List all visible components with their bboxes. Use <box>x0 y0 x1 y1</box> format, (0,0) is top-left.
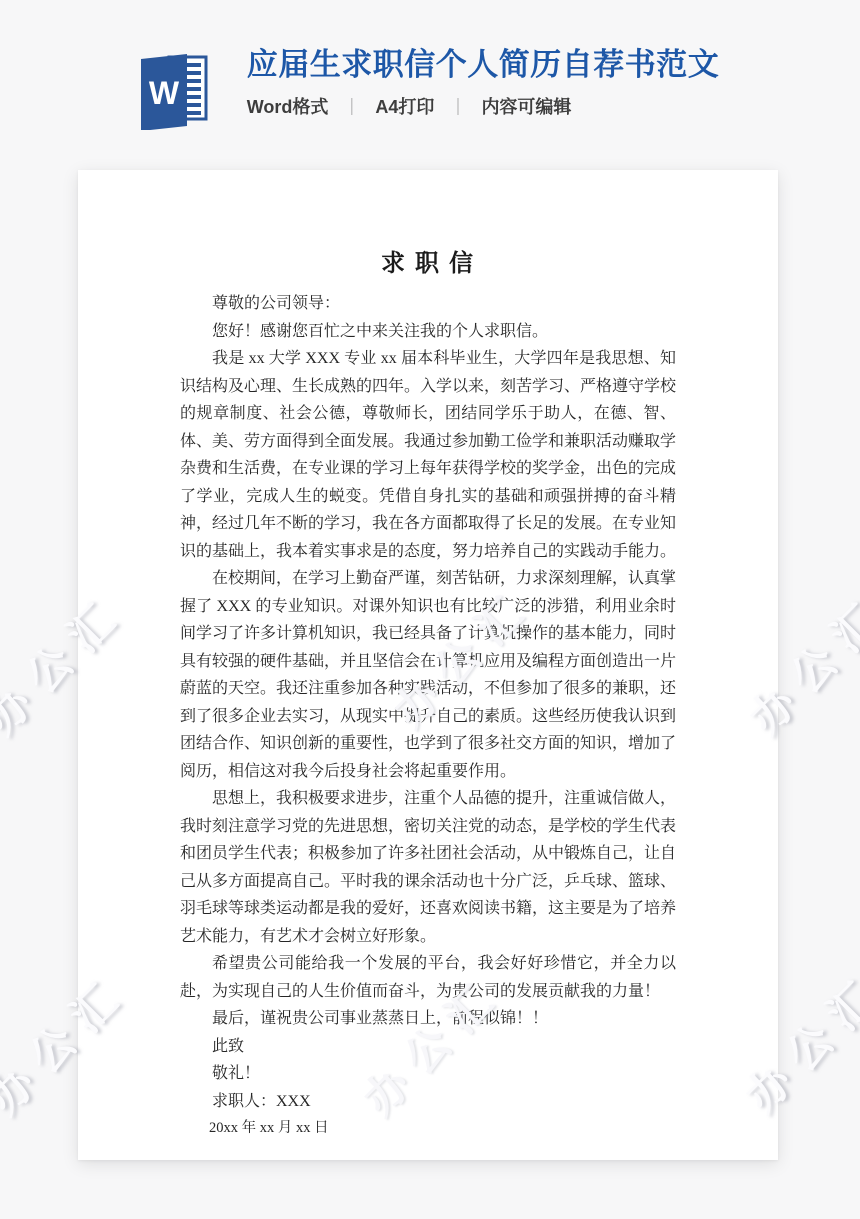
letter-paragraph: 尊敬的公司领导： <box>180 290 676 318</box>
subtitle-word-format: Word格式 <box>247 93 329 119</box>
letter-paragraph: 希望贵公司能给我一个发展的平台，我会好好珍惜它，并全力以赴，为实现自己的人生价值… <box>180 950 676 1005</box>
letter-paragraph: 我是 xx 大学 XXX 专业 xx 届本科毕业生，大学四年是我思想、知识结构及… <box>180 345 676 565</box>
letter-paragraph: 您好！感谢您百忙之中来关注我的个人求职信。 <box>180 318 676 346</box>
preview-header: W 应届生求职信个人简历自荐书范文 Word格式 ｜ A4打印 ｜ 内容可编辑 <box>0 46 860 130</box>
page-title: 应届生求职信个人简历自荐书范文 <box>247 46 720 85</box>
word-logo-icon: W <box>141 50 209 130</box>
subtitle-separator: ｜ <box>343 93 360 118</box>
subtitle-a4-print: A4打印 <box>375 93 434 119</box>
page-subtitle: Word格式 ｜ A4打印 ｜ 内容可编辑 <box>247 93 720 119</box>
header-text-block: 应届生求职信个人简历自荐书范文 Word格式 ｜ A4打印 ｜ 内容可编辑 <box>247 46 720 119</box>
letter-paragraph: 20xx 年 xx 月 xx 日 <box>180 1115 676 1143</box>
subtitle-editable: 内容可编辑 <box>481 93 571 119</box>
letter-paragraph: 求职人：XXX <box>180 1088 676 1116</box>
letter-paragraph: 最后，谨祝贵公司事业蒸蒸日上，前程似锦！！ <box>180 1005 676 1033</box>
letter-paragraph: 在校期间，在学习上勤奋严谨，刻苦钻研，力求深刻理解，认真掌握了 XXX 的专业知… <box>180 565 676 785</box>
letter-paragraph: 思想上，我积极要求进步，注重个人品德的提升，注重诚信做人，我时刻注意学习党的先进… <box>180 785 676 950</box>
letter-title: 求 职 信 <box>180 248 676 280</box>
letter-paragraph: 此致 <box>180 1033 676 1061</box>
letter-paragraph: 敬礼！ <box>180 1060 676 1088</box>
document-page: 求 职 信 尊敬的公司领导：您好！感谢您百忙之中来关注我的个人求职信。我是 xx… <box>78 170 778 1160</box>
svg-text:W: W <box>149 75 180 111</box>
letter-body: 尊敬的公司领导：您好！感谢您百忙之中来关注我的个人求职信。我是 xx 大学 XX… <box>180 290 676 1143</box>
subtitle-separator: ｜ <box>449 93 466 118</box>
